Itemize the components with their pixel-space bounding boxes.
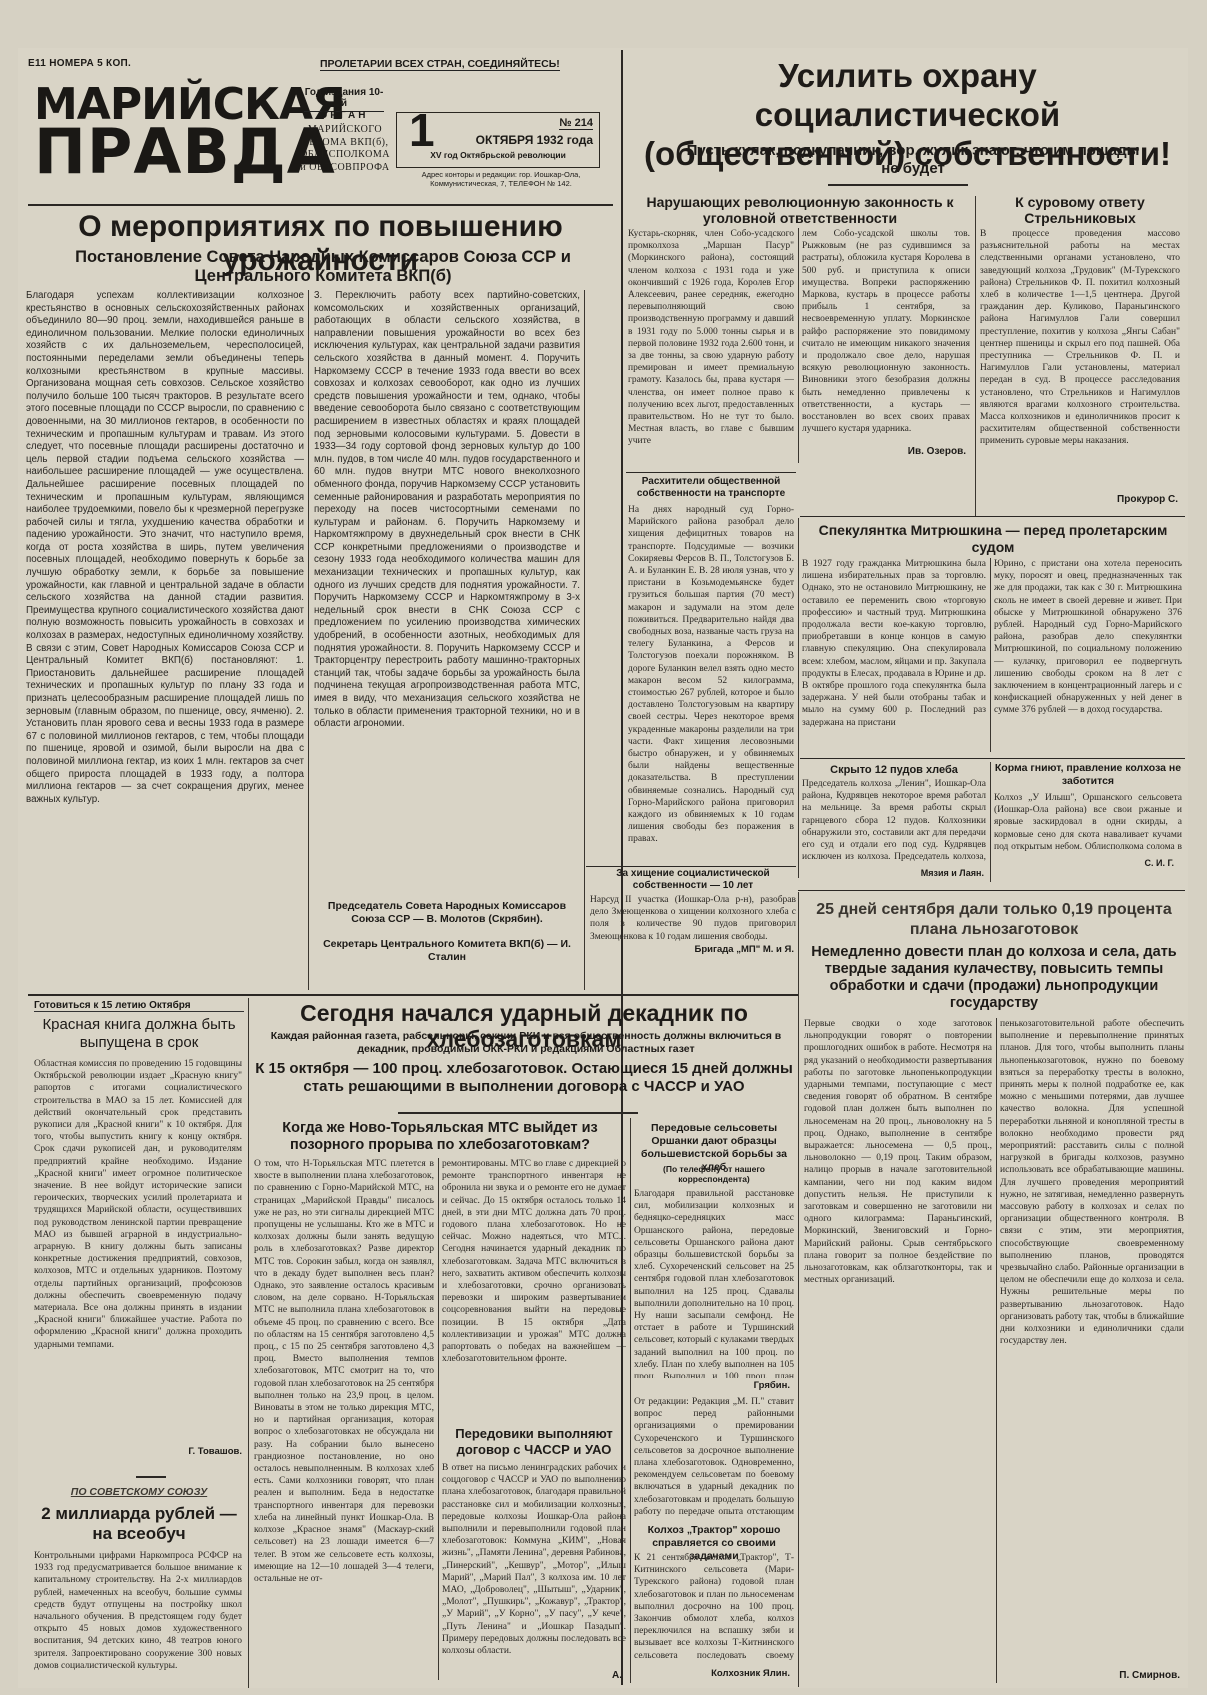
harvest-signature-stalin: Секретарь Центрального Комитета ВКП(б) —… <box>314 938 580 964</box>
flax-signature: П. Смирнов. <box>1000 1670 1180 1681</box>
orsha-body: Благодаря правильной расстановке сил, мо… <box>634 1188 794 1378</box>
orsha-editor-note: От редакции: Редакция „М. П." ставит воп… <box>634 1396 794 1520</box>
vseobuch-title: 2 миллиарда рублей — на всеобуч <box>34 1504 244 1544</box>
red-book-title: Красная книга должна быть выпущена в сро… <box>34 1016 244 1052</box>
editorial-address: Адрес конторы и редакции: гор. Иошкар-Ол… <box>416 170 586 188</box>
hidden-grain-title: Скрыто 12 пудов хлеба <box>802 764 986 776</box>
vseobuch-body: Контрольными цифрами Наркомпроса РСФСР н… <box>34 1550 242 1680</box>
red-book-signature: Г. Товашов. <box>34 1446 242 1457</box>
speculator-col2: Юрино, с пристани она хотела переносить … <box>994 558 1182 752</box>
date-box: 1 № 214 ОКТЯБРЯ 1932 года XV год Октябрь… <box>396 112 600 168</box>
orsha-note: (По телефону от нашего корреспондента) <box>634 1164 794 1184</box>
violators-signature: Ив. Озеров. <box>802 446 966 457</box>
theft-sentence-signature: Бригада „МП" М. и Я. <box>590 944 794 955</box>
newspaper-page: Е11 НОМЕРА 5 КОП. ПРОЛЕТАРИИ ВСЕХ СТРАН,… <box>18 48 1188 1688</box>
mts-col2: ремонтированы. МТС во главе с дирекцией … <box>442 1158 626 1420</box>
flax-col2: пенькозаготовительной работе обеспечить … <box>1000 1018 1184 1668</box>
slogan: ПРОЛЕТАРИИ ВСЕХ СТРАН, СОЕДИНЯЙТЕСЬ! <box>320 58 560 71</box>
contract-body: В ответ на письмо ленинградских рабочих … <box>442 1462 626 1672</box>
flax-col1: Первые сводки о ходе заготовок льнопроду… <box>804 1018 992 1683</box>
transport-thieves-title: Расхитители общественной собственности н… <box>628 476 794 500</box>
grain-decade-subtitle: Каждая районная газета, рабсельноры, сек… <box>258 1030 794 1056</box>
strelnikovs-body: В процессе проведения массово разъясните… <box>980 228 1180 490</box>
contract-title: Передовики выполняют договор с ЧАССР и У… <box>442 1426 626 1458</box>
organ-of: МАРИЙСКОГО ОБКОМА ВКП(б), ОБЛИСПОЛКОМА и… <box>300 124 390 174</box>
hidden-grain-signature: Мязия и Лаян. <box>802 868 984 878</box>
newspaper-logo: МАРИЙСКАЯ ПРАВДА <box>34 86 294 179</box>
mts-title: Когда же Ново-Торьяльская МТС выйдет из … <box>254 1120 626 1154</box>
date-day: 1 <box>409 107 435 153</box>
grain-decade-lead: К 15 октября — 100 проц. хлебозаготовок.… <box>254 1060 794 1096</box>
revolution-year: XV год Октябрьской революции <box>397 150 599 160</box>
harvest-signature-molotov: Председатель Совета Народных Комиссаров … <box>314 900 580 926</box>
harvest-col2: 3. Переключить работу всех партийно-сове… <box>314 290 580 885</box>
year-of-issue: Год издания 10-й <box>304 87 384 112</box>
organ-label: ОРГАН <box>304 110 384 121</box>
norms-rot-body: Колхоз „У Илыш", Оршанского сельсовета (… <box>994 792 1182 852</box>
red-book-kicker: Готовиться к 15 летию Октября <box>34 1000 244 1012</box>
violators-col1: Кустарь-скорняк, член Собо-усадского про… <box>628 228 794 463</box>
hidden-grain-body: Председатель колхоза „Ленин", Иошкар-Ола… <box>802 778 986 866</box>
issue-number: № 214 <box>559 117 593 130</box>
issue-price: Е11 НОМЕРА 5 КОП. <box>28 58 131 69</box>
transport-thieves-body: На днях народный суд Горно-Марийского ра… <box>628 504 794 864</box>
harvest-col1: Благодаря успехам коллективизации колхоз… <box>26 290 304 990</box>
tractor-kolkhoz-signature: Колхозник Ялин. <box>634 1668 790 1679</box>
harvest-subtitle: Постановление Совета Народных Комиссаров… <box>58 248 588 286</box>
speculator-col1: В 1927 году гражданка Митрюшкина была ли… <box>802 558 986 752</box>
theft-sentence-title: За хищение социалистической собственност… <box>590 868 796 892</box>
speculator-title: Спекулянтка Митрюшкина — перед пролетарс… <box>808 522 1178 556</box>
theft-sentence-body: Нарсуд II участка (Иошкар-Ола р-н), разо… <box>590 894 796 944</box>
contract-signature: А. <box>442 1670 622 1681</box>
date-month-year: ОКТЯБРЯ 1932 года <box>476 133 593 147</box>
flax-subtitle: Немедленно довести план до колхоза и сел… <box>804 944 1184 1012</box>
mts-col1: О том, что Н-Торьяльская МТС плетется в … <box>254 1158 434 1680</box>
norms-rot-title: Корма гниют, правление колхоза не заботи… <box>994 762 1182 788</box>
flax-title: 25 дней сентября дали только 0,19 процен… <box>804 900 1184 940</box>
violators-title: Нарушающих революционную законность к уг… <box>630 194 970 226</box>
strelnikovs-title: К суровому ответу Стрельниковых <box>980 194 1180 226</box>
violators-col2: лем Собо-усадской школы тов. Рыжковым (н… <box>802 228 970 443</box>
orsha-signature: Грябин. <box>634 1380 790 1391</box>
logo-line-2: ПРАВДА <box>34 125 294 180</box>
red-book-body: Областная комиссия по проведению 15 годо… <box>34 1058 242 1442</box>
vseobuch-kicker: ПО СОВЕТСКОМУ СОЮЗУ <box>34 1486 244 1498</box>
tractor-kolkhoz-body: К 21 сентября колхоз „Трактор", Т-Китнин… <box>634 1552 794 1664</box>
norms-rot-signature: С. И. Г. <box>994 858 1174 868</box>
strelnikovs-signature: Прокурор С. <box>980 494 1178 505</box>
lead-banner-subtitle: Пусть кулак, подкулачник, вор, жулик зна… <box>678 142 1148 178</box>
